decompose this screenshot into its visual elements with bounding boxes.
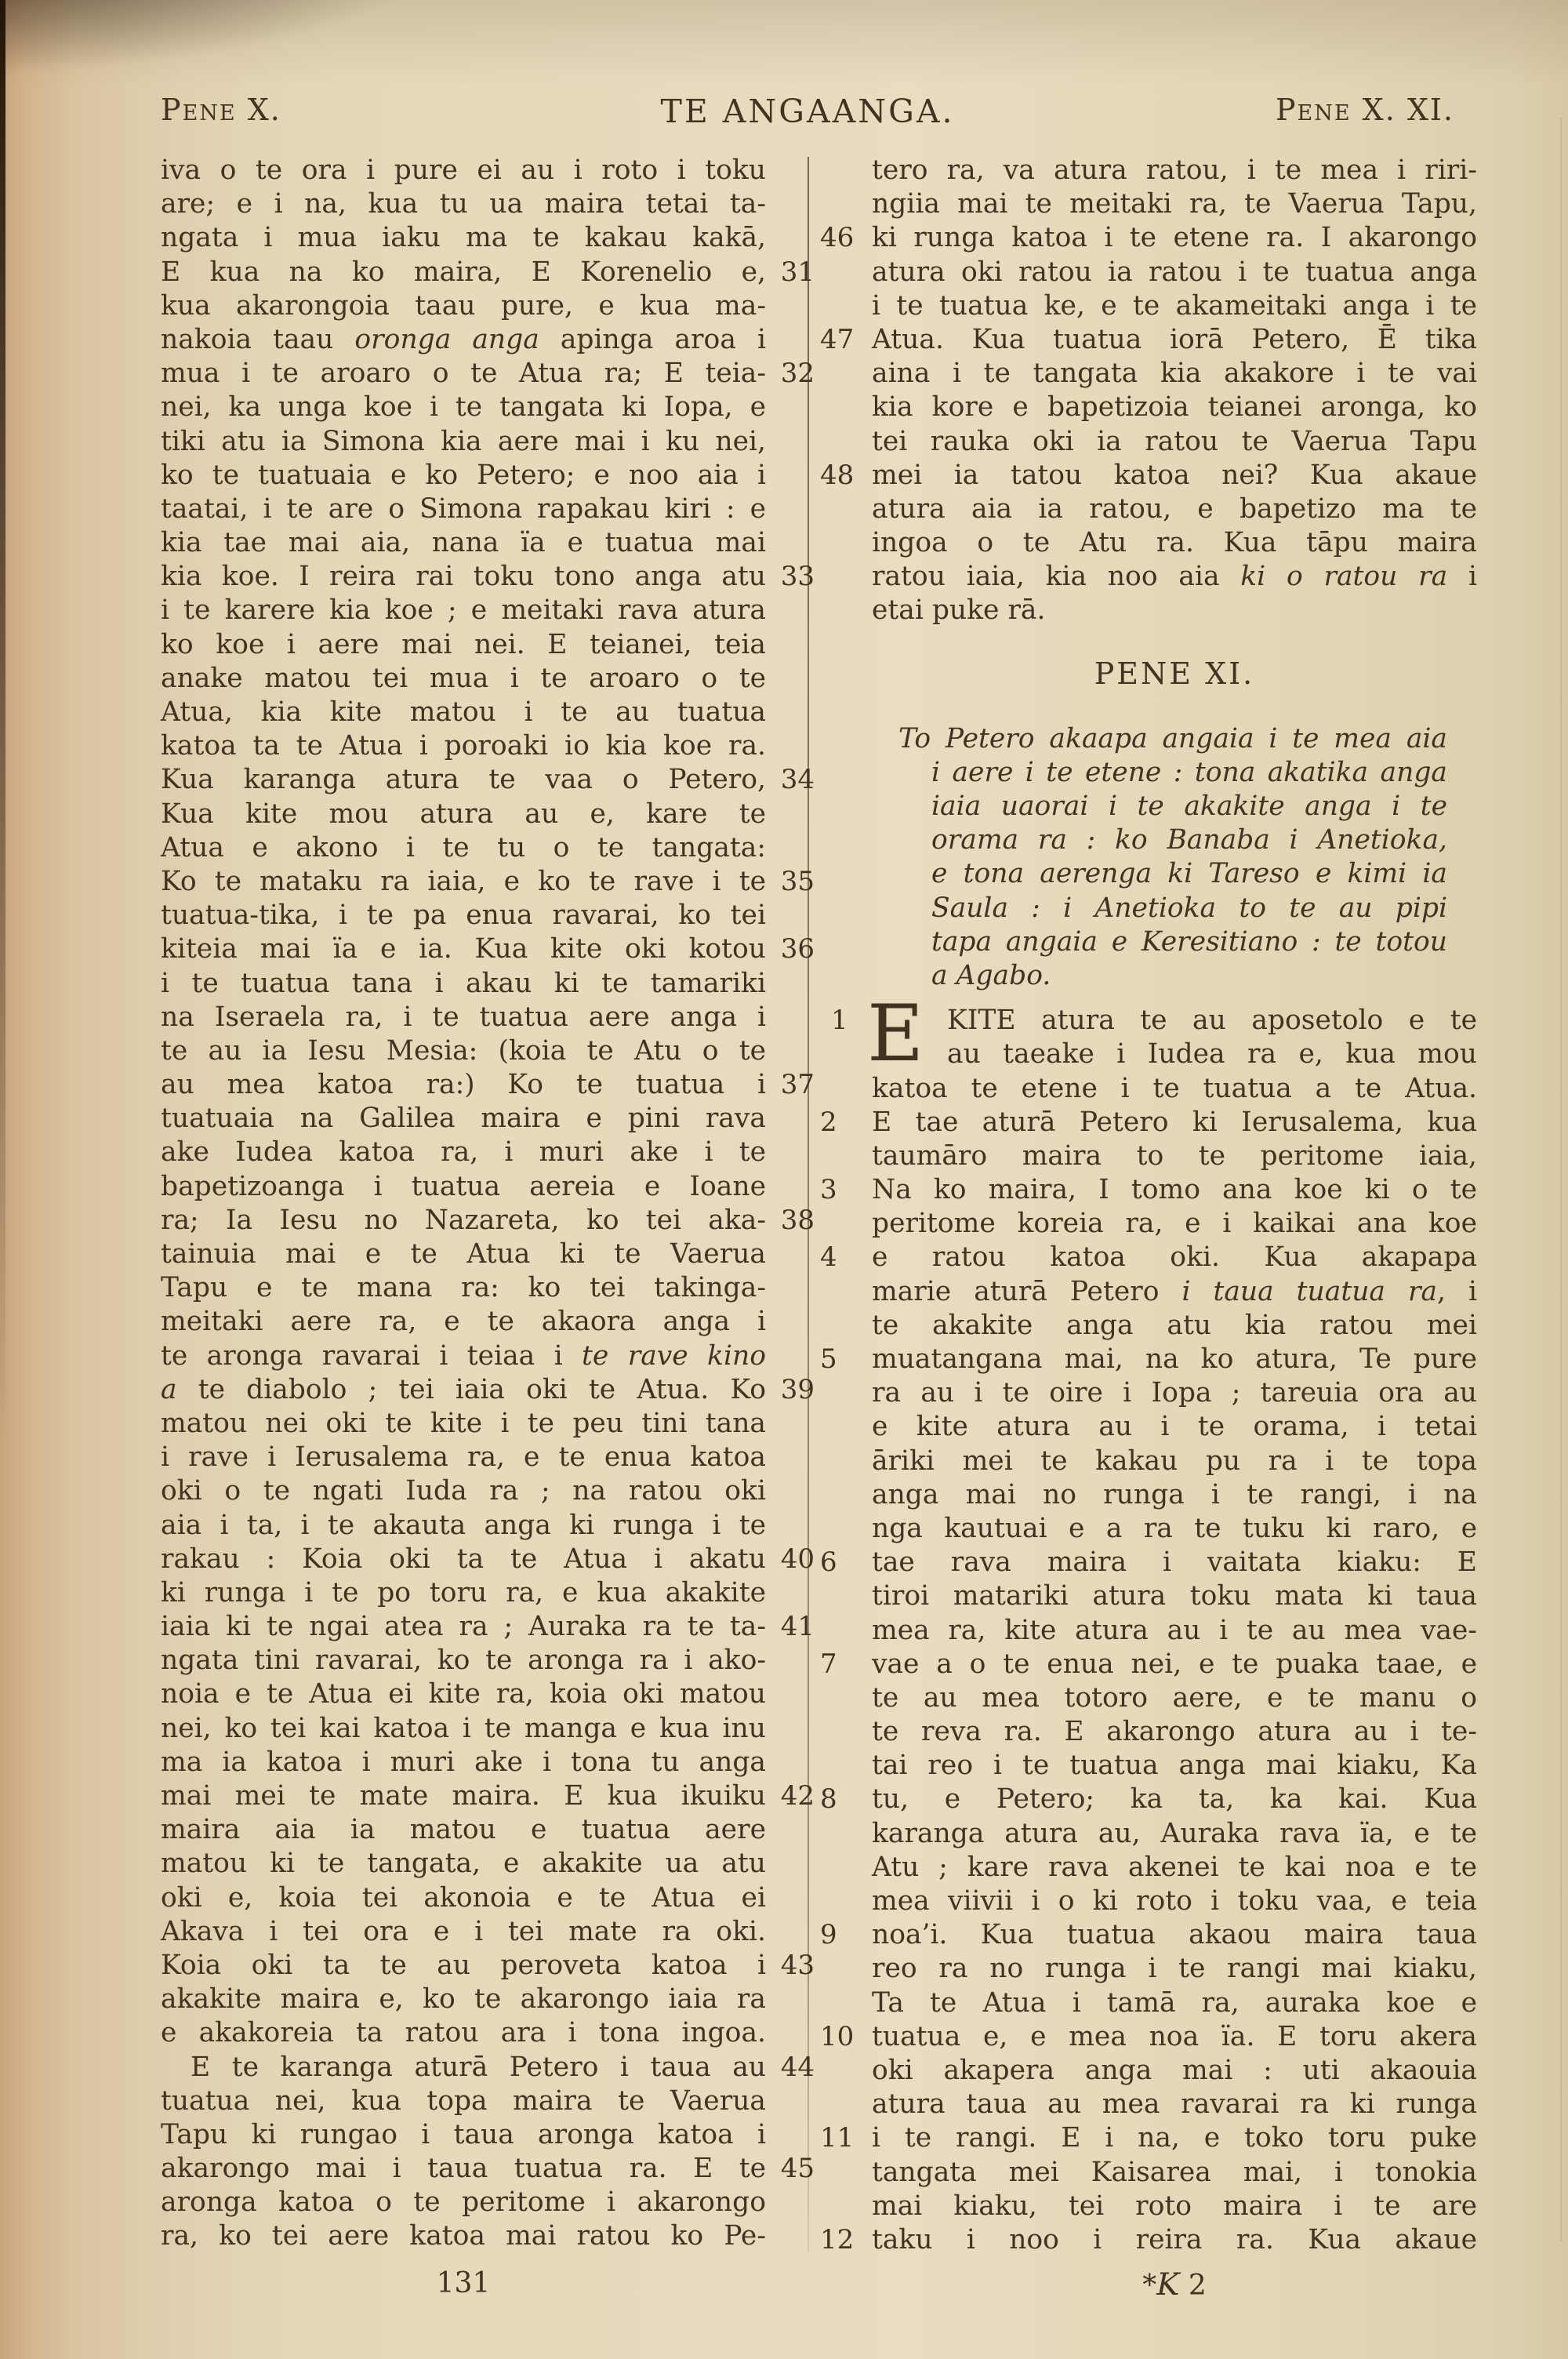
- text-line: tai reo i te tuatua anga mai kiaku, Ka: [872, 1749, 1477, 1783]
- text-line: Atua, kia kite matou i te au tuatua: [161, 696, 766, 729]
- text-line: a Agabo.: [872, 959, 1447, 993]
- text-line: 38ra; Ia Iesu no Nazareta, ko tei aka-: [161, 1204, 766, 1238]
- page-title: TE ANGAANGA.: [161, 93, 1454, 130]
- text-line: ki runga i te po toru ra, e kua akakite: [161, 1576, 766, 1610]
- text-line: 31E kua na ko maira, E Korenelio e,: [161, 256, 766, 289]
- text-line: 41iaia ki te ngai atea ra ; Auraka ra te…: [161, 1610, 766, 1644]
- verse-1-dropcap-block: 1 E KITE atura te au aposetolo e te au t…: [872, 1004, 1477, 1071]
- text-line: ra, ko tei aere katoa mai ratou ko Pe-: [161, 2219, 766, 2253]
- text-line: marie aturā Petero i taua tuatua ra, i: [872, 1275, 1477, 1309]
- text-line: tiki atu ia Simona kia aere mai i ku nei…: [161, 425, 766, 459]
- verse-number: 31: [781, 256, 815, 289]
- text-line: reo ra no runga i te rangi mai kiaku,: [872, 1952, 1477, 1986]
- text-line: te au mea totoro aere, e te manu o: [872, 1681, 1477, 1715]
- verse-number: 33: [781, 560, 815, 594]
- text-line: Tapu ki rungao i taua aronga katoa i: [161, 2118, 766, 2152]
- text-line: te aronga ravarai i teiaa i te rave kino: [161, 1339, 766, 1373]
- verse-number: 8: [820, 1783, 837, 1816]
- text-line: kia tae mai aia, nana ïa e tuatua mai: [161, 526, 766, 560]
- verse-number: 3: [820, 1173, 837, 1207]
- text-line: 6tae rava maira i vaitata kiaku: E: [872, 1546, 1477, 1579]
- running-head-right: Pene X. XI.: [1276, 93, 1454, 127]
- verse-number: 42: [781, 1779, 815, 1813]
- text-line: 11i te rangi. E i na, e toko toru puke: [872, 2121, 1477, 2155]
- text-line: 42mai mei te mate maira. E kua ikuiku: [161, 1779, 766, 1813]
- text-line: 3Na ko maira, I tomo ana koe ki o te: [872, 1173, 1477, 1207]
- text-line: i aere i te etene : tona akatika anga: [872, 756, 1447, 790]
- text-line: tero ra, va atura ratou, i te mea i riri…: [872, 154, 1477, 187]
- text-line: 5muatangana mai, na ko atura, Te pure: [872, 1343, 1477, 1376]
- verse-number: 1: [831, 1004, 848, 1038]
- text-line: ko te tuatuaia e ko Petero; e noo aia i: [161, 459, 766, 493]
- text-line: i rave i Ierusalema ra, e te enua katoa: [161, 1441, 766, 1474]
- text-line: Atu ; kare rava akenei te kai noa e te: [872, 1851, 1477, 1885]
- text-line: mai kiaku, tei roto maira i te are: [872, 2190, 1477, 2223]
- page-number: 131: [161, 2267, 766, 2299]
- verse-number: 37: [781, 1068, 815, 1102]
- text-line: kua akarongoia taau pure, e kua ma-: [161, 289, 766, 323]
- text-line: 4e ratou katoa oki. Kua akapapa: [872, 1241, 1477, 1274]
- text-line: orama ra : ko Banaba i Anetioka,: [872, 823, 1447, 857]
- verse-number: 2: [820, 1106, 837, 1140]
- text-line: oki o te ngati Iuda ra ; na ratou oki: [161, 1474, 766, 1508]
- scanned-book-page: Pene X. TE ANGAANGA. Pene X. XI. iva o t…: [0, 0, 1568, 2359]
- text-line: nakoia taau oronga anga apinga aroa i: [161, 323, 766, 357]
- text-line: 43Koia oki ta te au peroveta katoa i: [161, 1949, 766, 1983]
- text-line: ngiia mai te meitaki ra, te Vaerua Tapu,: [872, 187, 1477, 221]
- text-line: ake Iudea katoa ra, i muri ake i te: [161, 1136, 766, 1169]
- text-line: tuatuaia na Galilea maira e pini rava: [161, 1102, 766, 1136]
- text-line: 12taku i noo i reira ra. Kua akaue: [872, 2223, 1477, 2257]
- running-head: Pene X. TE ANGAANGA. Pene X. XI.: [161, 93, 1454, 133]
- verse-number: 38: [781, 1204, 815, 1238]
- text-line: 2E tae aturā Petero ki Ierusalema, kua: [872, 1106, 1477, 1140]
- verse-number: 47: [820, 323, 854, 357]
- verse-number: 32: [781, 357, 815, 391]
- text-line: i te tuatua ke, e te akameitaki anga i t…: [872, 289, 1477, 323]
- text-line: akakite maira e, ko te akarongo iaia ra: [161, 1983, 766, 2016]
- verse-number: 36: [781, 932, 815, 966]
- text-line: ko koe i aere mai nei. E teianei, teia: [161, 628, 766, 662]
- text-line: na Iseraela ra, i te tuatua aere anga i: [161, 1001, 766, 1034]
- text-line: Ta te Atua i tamā ra, auraka koe e: [872, 1986, 1477, 2020]
- text-line: tangata mei Kaisarea mai, i tonokia: [872, 2156, 1477, 2190]
- text-line: Saula : i Anetioka to te au pipi: [872, 892, 1447, 925]
- verse-number: 43: [781, 1949, 815, 1983]
- text-line: peritome koreia ra, e i kaikai ana koe: [872, 1207, 1477, 1241]
- text-line: nga kautuai e a ra te tuku ki raro, e: [872, 1512, 1477, 1546]
- verse-number: 10: [820, 2020, 854, 2054]
- text-line: 44E te karanga aturā Petero i taua au: [161, 2051, 766, 2085]
- verse-number: 40: [781, 1543, 815, 1576]
- text-line: 45akarongo mai i taua tuatua ra. E te: [161, 2152, 766, 2186]
- verse-number: 48: [820, 459, 854, 493]
- signature-letter: K: [1156, 2267, 1179, 2303]
- text-line: ingoa o te Atu ra. Kua tāpu maira: [872, 526, 1477, 560]
- text-line: 33kia koe. I reira rai toku tono anga at…: [161, 560, 766, 594]
- text-line: taumāro maira to te peritome iaia,: [872, 1140, 1477, 1173]
- text-line: 35Ko te mataku ra iaia, e ko te rave i t…: [161, 865, 766, 899]
- text-line: 32mua i te aroaro o te Atua ra; E teia-: [161, 357, 766, 391]
- verse-number: 5: [820, 1343, 837, 1376]
- text-line: mea ra, kite atura au i te au mea vae-: [872, 1614, 1477, 1648]
- text-line: 48mei ia tatou katoa nei? Kua akaue: [872, 459, 1477, 493]
- text-line: 47Atua. Kua tuatua iorā Petero, Ē tika: [872, 323, 1477, 357]
- chapter-heading: PENE XI.: [872, 656, 1477, 691]
- text-line: Atua e akono i te tu o te tangata:: [161, 831, 766, 865]
- signature-star: *: [1142, 2270, 1156, 2302]
- verse-number: 39: [781, 1373, 815, 1407]
- text-line: Tapu e te mana ra: ko tei takinga-: [161, 1271, 766, 1305]
- text-line: 40rakau : Koia oki ta te Atua i akatu: [161, 1543, 766, 1576]
- text-line: kia kore e bapetizoia teianei aronga, ko: [872, 391, 1477, 424]
- text-line: te akakite anga atu kia ratou mei: [872, 1309, 1477, 1343]
- text-line: iaia uaorai i te akakite anga i te: [872, 790, 1447, 823]
- text-line: nei, ka unga koe i te tangata ki Iopa, e: [161, 391, 766, 424]
- text-line: anga mai no runga i te rangi, i na: [872, 1478, 1477, 1512]
- verse-number: 46: [820, 221, 854, 255]
- verse-number: 34: [781, 763, 815, 797]
- text-line: matou nei oki te kite i te peu tini tana: [161, 1407, 766, 1441]
- signature-mark: *K 2: [872, 2267, 1477, 2303]
- text-line: 10tuatua e, e mea noa ïa. E toru akera: [872, 2020, 1477, 2054]
- text-line: aronga katoa o te peritome i akarongo: [161, 2186, 766, 2219]
- verse-number: 4: [820, 1241, 837, 1274]
- verse-number: 11: [820, 2121, 854, 2155]
- text-line: noia e te Atua ei kite ra, koia oki mato…: [161, 1677, 766, 1711]
- text-line: tuatua-tika, i te pa enua ravarai, ko te…: [161, 899, 766, 932]
- text-line: aina i te tangata kia akakore i te vai: [872, 357, 1477, 391]
- text-line: nei, ko tei kai katoa i te manga e kua i…: [161, 1712, 766, 1746]
- text-line: To Petero akaapa angaia i te mea aia: [872, 722, 1447, 756]
- text-line: katoa te etene i te tuatua a te Atua.: [872, 1072, 1477, 1106]
- text-line: maira aia ia matou e tuatua aere: [161, 1813, 766, 1847]
- text-line: oki e, koia tei akonoia e te Atua ei: [161, 1881, 766, 1915]
- text-line: Kua kite mou atura au e, kare te: [161, 798, 766, 831]
- text-line: meitaki aere ra, e te akaora anga i: [161, 1305, 766, 1339]
- text-line: tapa angaia e Keresitiano : te totou: [872, 925, 1447, 959]
- verse-number: 35: [781, 865, 815, 899]
- text-line: anake matou tei mua i te aroaro o te: [161, 662, 766, 696]
- text-line: atura aia ia ratou, e bapetizo ma te: [872, 493, 1477, 526]
- text-line: Akava i tei ora e i tei mate ra oki.: [161, 1915, 766, 1949]
- text-line: ngata tini ravarai, ko te aronga ra i ak…: [161, 1644, 766, 1677]
- text-line: 7vae a o te enua nei, e te puaka taae, e: [872, 1648, 1477, 1681]
- text-line: te au ia Iesu Mesia: (koia te Atu o te: [161, 1034, 766, 1068]
- text-line: tei rauka oki ia ratou te Vaerua Tapu: [872, 425, 1477, 459]
- text-line: 9noa’i. Kua tuatua akaou maira taua: [872, 1918, 1477, 1952]
- verse-number: 41: [781, 1610, 815, 1644]
- text-line: i te karere kia koe ; e meitaki rava atu…: [161, 594, 766, 627]
- text-line: ngata i mua iaku ma te kakau kakā,: [161, 221, 766, 255]
- text-line: tainuia mai e te Atua ki te Vaerua: [161, 1238, 766, 1271]
- text-line: tuatua nei, kua topa maira te Vaerua: [161, 2085, 766, 2118]
- text-line: ratou iaia, kia noo aia ki o ratou ra i: [872, 560, 1477, 594]
- signature-number: 2: [1179, 2270, 1206, 2302]
- text-line: katoa ta te Atua i poroaki io kia koe ra…: [161, 729, 766, 763]
- text-line: oki akapera anga mai : uti akaouia: [872, 2054, 1477, 2088]
- text-line: 36kiteia mai ïa e ia. Kua kite oki kotou: [161, 932, 766, 966]
- text-line: taatai, i te are o Simona rapakau kiri :…: [161, 493, 766, 526]
- text-line: atura taua au mea ravarai ra ki runga: [872, 2088, 1477, 2121]
- text-line: tiroi matariki atura toku mata ki taua: [872, 1579, 1477, 1613]
- text-line: bapetizoanga i tuatua aereia e Ioane: [161, 1170, 766, 1204]
- verse-number: 44: [751, 2051, 815, 2085]
- left-text-column: iva o te ora i pure ei au i roto i tokua…: [161, 154, 766, 2254]
- text-line: ra au i te oire i Iopa ; tareuia ora au: [872, 1376, 1477, 1410]
- text-line: atura oki ratou ia ratou i te tuatua ang…: [872, 256, 1477, 289]
- verse-number: 6: [820, 1546, 837, 1579]
- verse-number: 9: [820, 1918, 837, 1952]
- text-line: 8tu, e Petero; ka ta, ka kai. Kua: [872, 1783, 1477, 1816]
- text-line: matou ki te tangata, e akakite ua atu: [161, 1847, 766, 1881]
- text-line: āriki mei te kakau pu ra i te topa: [872, 1445, 1477, 1478]
- text-line: e tona aerenga ki Tareso e kimi ia: [872, 857, 1447, 891]
- text-line: mea viivii i o ki roto i toku vaa, e tei…: [872, 1885, 1477, 1918]
- text-line: 37au mea katoa ra:) Ko te tuatua i: [161, 1068, 766, 1102]
- text-line: au taeake i Iudea ra e, kua mou: [872, 1038, 1477, 1071]
- verse-number: 12: [820, 2223, 854, 2257]
- text-line: e akakoreia ta ratou ara i tona ingoa.: [161, 2016, 766, 2050]
- chapter-11-body: katoa te etene i te tuatua a te Atua.2E …: [872, 1072, 1477, 2258]
- text-line: i te tuatua tana i akau ki te tamariki: [161, 967, 766, 1001]
- text-line: 34Kua karanga atura te vaa o Petero,: [161, 763, 766, 797]
- text-line: 39a te diabolo ; tei iaia oki te Atua. K…: [161, 1373, 766, 1407]
- verse-number: 7: [820, 1648, 837, 1681]
- text-line: 46ki runga katoa i te etene ra. I akaron…: [872, 221, 1477, 255]
- text-line: etai puke rā.: [872, 594, 1477, 627]
- text-line: ma ia katoa i muri ake i tona tu anga: [161, 1746, 766, 1779]
- chapter-10-end: tero ra, va atura ratou, i te mea i riri…: [872, 154, 1477, 628]
- text-line: te reva ra. E akarongo atura au i te-: [872, 1715, 1477, 1749]
- text-line: e kite atura au i te orama, i tetai: [872, 1410, 1477, 1444]
- text-line: KITE atura te au aposetolo e te: [872, 1004, 1477, 1038]
- text-line: iva o te ora i pure ei au i roto i toku: [161, 154, 766, 187]
- verse-number: 45: [781, 2152, 815, 2186]
- text-line: are; e i na, kua tu ua maira tetai ta-: [161, 187, 766, 221]
- right-text-column: tero ra, va atura ratou, i te mea i riri…: [872, 154, 1477, 2257]
- text-line: karanga atura au, Auraka rava ïa, e te: [872, 1817, 1477, 1851]
- chapter-summary: To Petero akaapa angaia i te mea aiai ae…: [872, 722, 1477, 994]
- text-line: aia i ta, i te akauta anga ki runga i te: [161, 1509, 766, 1543]
